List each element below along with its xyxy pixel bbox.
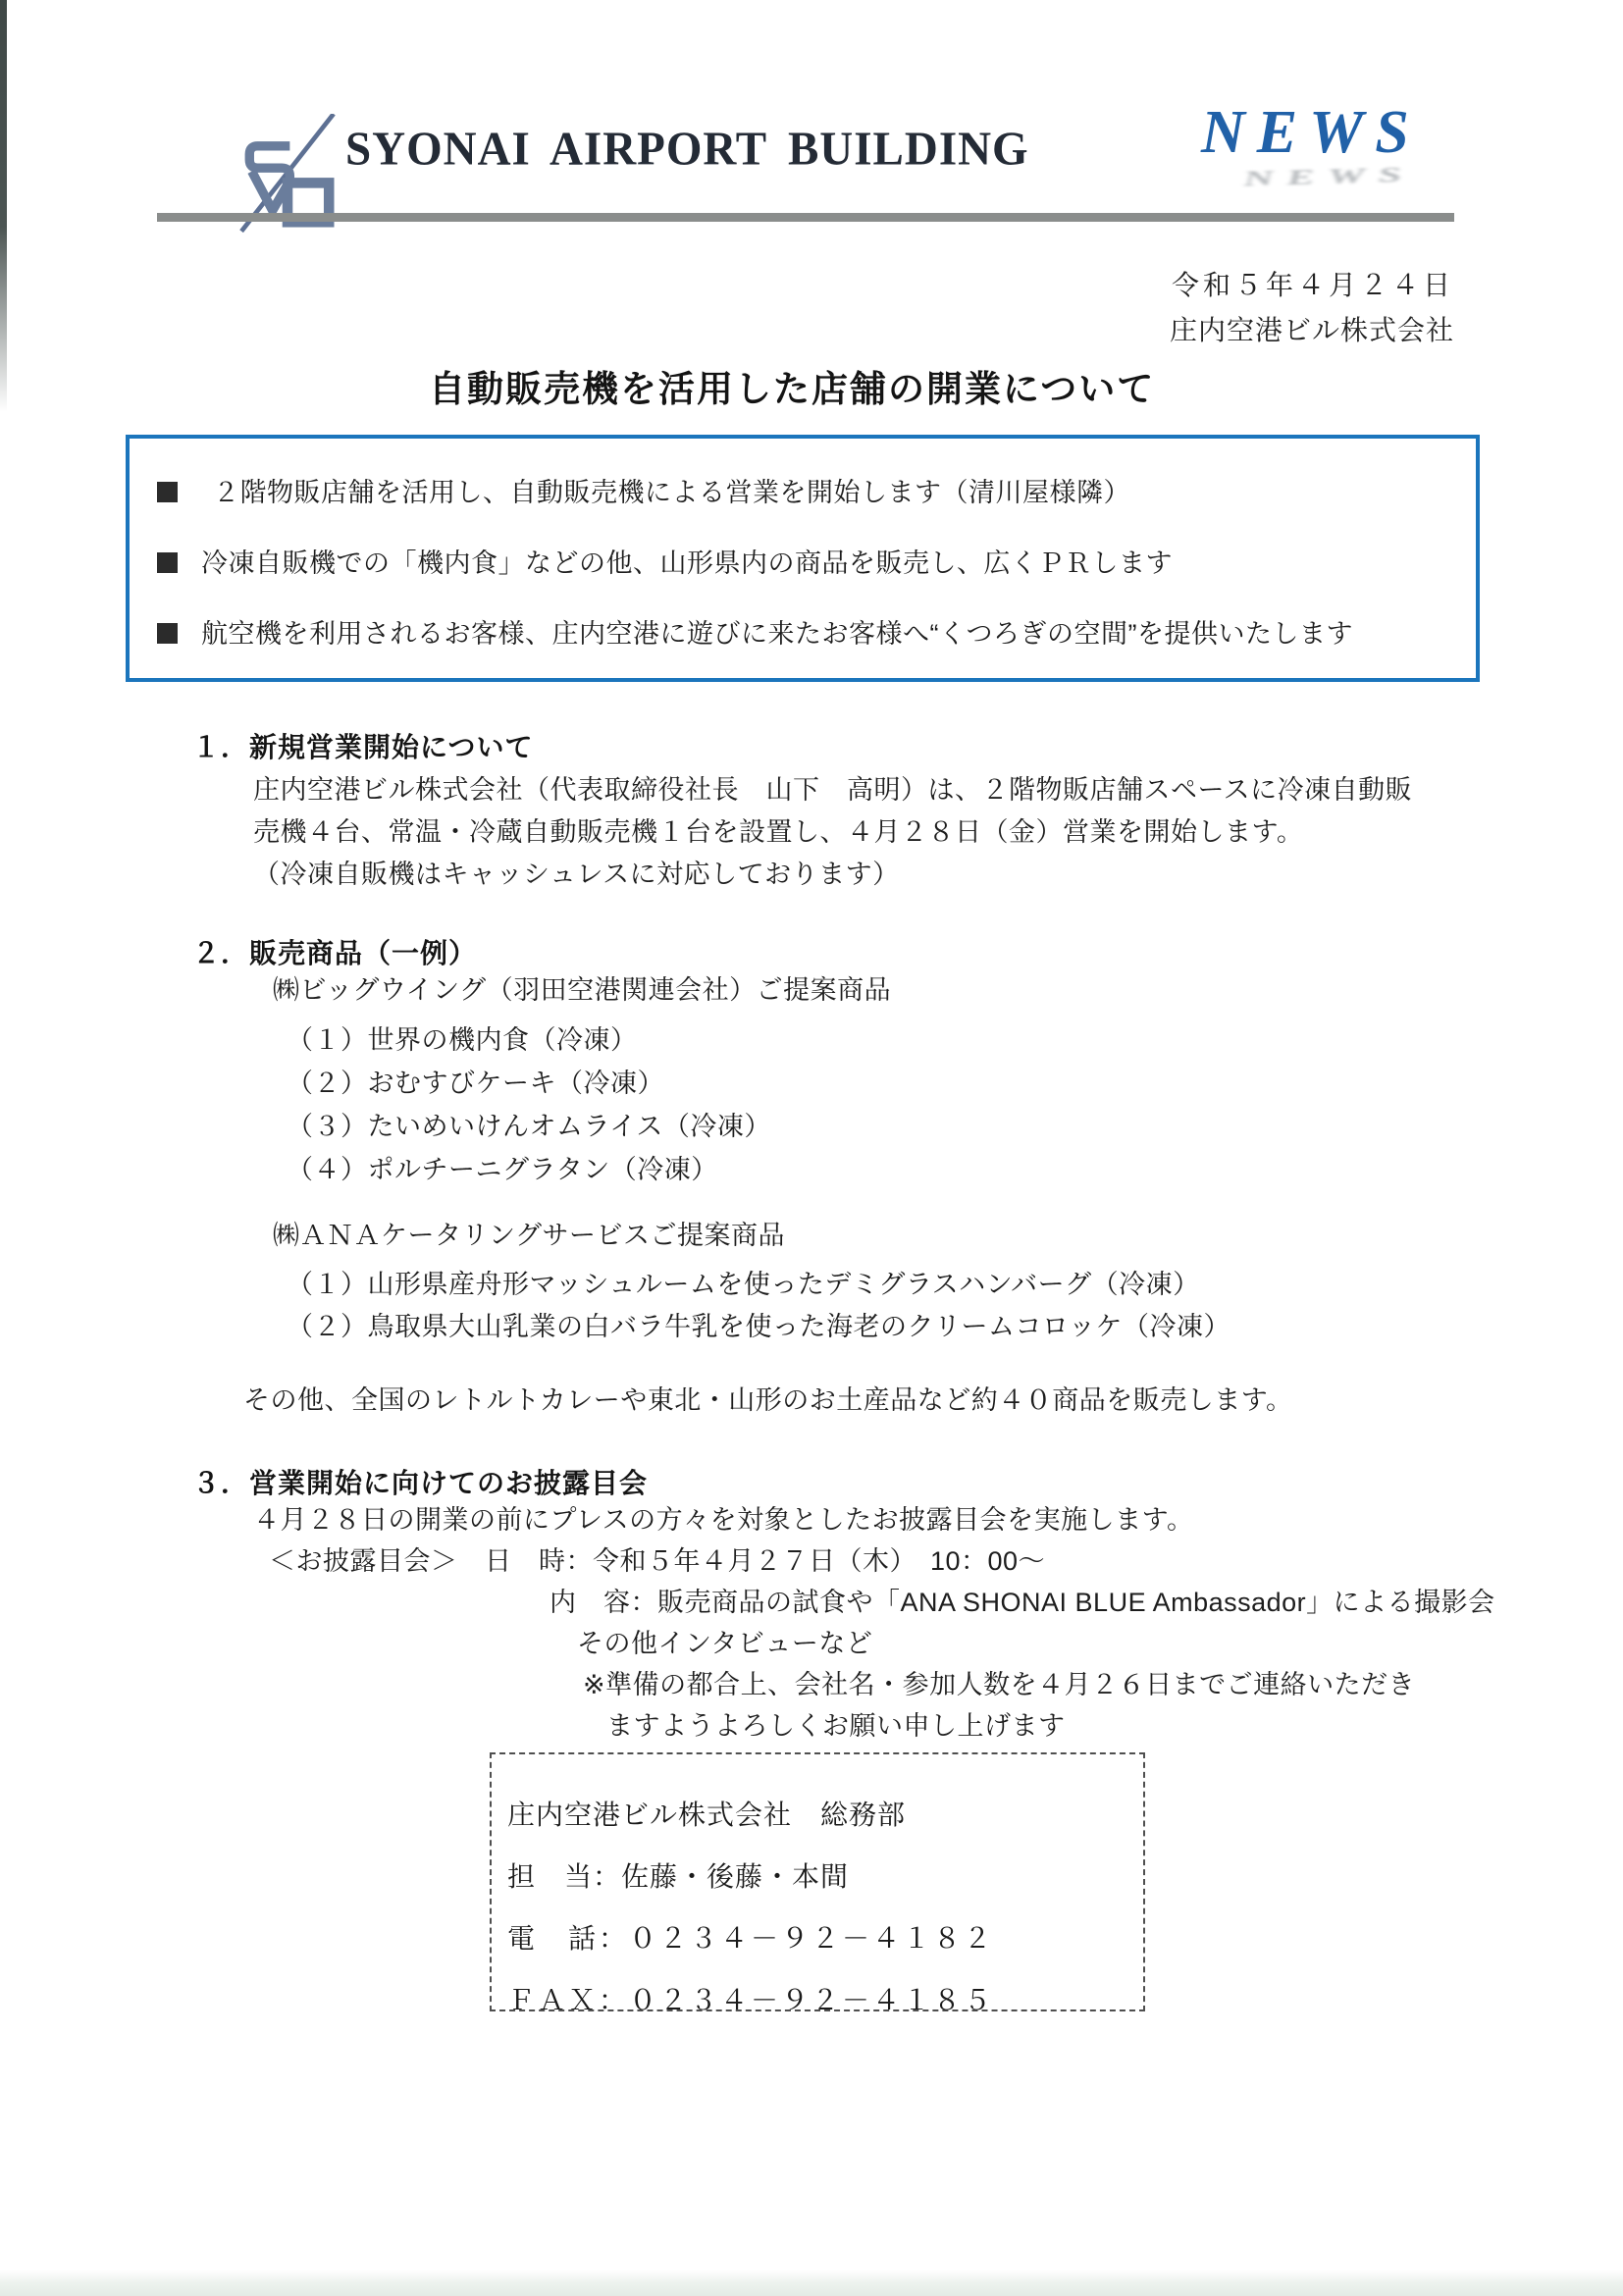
section3-line: ますようよろしくお願い申し上げます (606, 1709, 1066, 1743)
square-bullet-icon (157, 482, 178, 502)
contact-info-box: 庄内空港ビル株式会社 総務部 担 当：佐藤・後藤・本間 電 話：０２３４－９２－… (490, 1752, 1145, 2011)
scan-edge-artifact-bottom (0, 2270, 1623, 2296)
highlight-text: ２階物販店舗を活用し、自動販売機による営業を開始します（清川屋様隣） (213, 476, 1130, 509)
section3-line: 内 容：販売商品の試食や「ANA SHONAI BLUE Ambassador」… (550, 1586, 1495, 1619)
date-block: 令和５年４月２４日 庄内空港ビル株式会社 (1170, 263, 1454, 353)
section1-line: 売機４台、常温・冷蔵自動販売機１台を設置し、４月２８日（金）営業を開始します。 (253, 811, 1412, 854)
section2-group2-items: （１）山形県産舟形マッシュルームを使ったデミグラスハンバーグ（冷凍） （２）鳥取… (287, 1264, 1230, 1348)
product-item: （２）鳥取県大山乳業の白バラ牛乳を使った海老のクリームコロッケ（冷凍） (287, 1306, 1230, 1348)
section1-body: 庄内空港ビル株式会社（代表取締役社長 山下 高明）は、２階物販店舗スペースに冷凍… (253, 769, 1412, 896)
section3-line: ４月２８日の開業の前にプレスの方々を対象としたお披露目会を実施します。 (253, 1503, 1193, 1537)
section2-heading: ２．販売商品（一例） (192, 932, 477, 971)
section2-group1-items: （１）世界の機内食（冷凍） （２）おむすびケーキ（冷凍） （３）たいめいけんオム… (287, 1018, 771, 1191)
section2-note: その他、全国のレトルトカレーや東北・山形のお土産品など約４０商品を販売します。 (243, 1383, 1293, 1417)
highlight-item: 航空機を利用されるお客様、庄内空港に遊びに来たお客様へ“くつろぎの空間”を提供い… (157, 617, 1476, 688)
section1-line: （冷凍自販機はキャッシュレスに対応しております） (253, 854, 1412, 896)
highlight-summary-box: ２階物販店舗を活用し、自動販売機による営業を開始します（清川屋様隣） 冷凍自販機… (126, 435, 1480, 682)
brand-wordmark: SYONAI AIRPORT BUILDING (345, 126, 1029, 174)
product-item: （１）世界の機内食（冷凍） (287, 1018, 771, 1062)
product-item: （２）おむすびケーキ（冷凍） (287, 1062, 771, 1105)
press-release-page: SYONAI AIRPORT BUILDING NEWS NEWS 令和５年４月… (0, 0, 1623, 2296)
section2-group2-title: ㈱ＡＮＡケータリングサービスご提案商品 (273, 1219, 785, 1252)
highlight-text: 冷凍自販機での「機内食」などの他、山形県内の商品を販売し、広くＰＲします (201, 547, 1173, 580)
section3-line: ＜お披露目会＞ 日 時：令和５年４月２７日（木） 10：00～ (269, 1544, 1045, 1578)
header-divider-rule (157, 213, 1454, 222)
square-bullet-icon (157, 623, 178, 644)
section3-heading: ３．営業開始に向けてのお披露目会 (192, 1462, 648, 1501)
section3-line: その他インタビューなど (577, 1627, 872, 1660)
issuing-company: 庄内空港ビル株式会社 (1170, 308, 1454, 353)
highlight-text: 航空機を利用されるお客様、庄内空港に遊びに来たお客様へ“くつろぎの空間”を提供い… (201, 617, 1353, 651)
contact-fax: ＦＡＸ：０２３４－９２－４１８５ (507, 1969, 1143, 2031)
square-bullet-icon (157, 552, 178, 573)
contact-organization: 庄内空港ビル株式会社 総務部 (507, 1784, 1143, 1846)
highlight-item: ２階物販店舗を活用し、自動販売機による営業を開始します（清川屋様隣） (157, 476, 1476, 547)
section3-line: ※準備の都合上、会社名・参加人数を４月２６日までご連絡いただき (583, 1668, 1415, 1701)
contact-phone: 電 話：０２３４－９２－４１８２ (507, 1907, 1143, 1969)
scan-edge-artifact-left (0, 0, 7, 412)
section1-heading: １．新規営業開始について (192, 726, 533, 765)
product-item: （１）山形県産舟形マッシュルームを使ったデミグラスハンバーグ（冷凍） (287, 1264, 1230, 1306)
issue-date: 令和５年４月２４日 (1170, 263, 1454, 308)
section2-group1-title: ㈱ビッグウイング（羽田空港関連会社）ご提案商品 (273, 973, 891, 1007)
section1-line: 庄内空港ビル株式会社（代表取締役社長 山下 高明）は、２階物販店舗スペースに冷凍… (253, 769, 1412, 811)
contact-staff: 担 当：佐藤・後藤・本間 (507, 1846, 1143, 1907)
highlight-item: 冷凍自販機での「機内食」などの他、山形県内の商品を販売し、広くＰＲします (157, 547, 1476, 617)
news-wordmark: NEWS (1201, 102, 1421, 163)
product-item: （４）ポルチーニグラタン（冷凍） (287, 1148, 771, 1191)
document-title: 自動販売機を活用した店舗の開業について (429, 359, 1155, 412)
news-wordmark-shadow: NEWS (1242, 164, 1415, 189)
product-item: （３）たいめいけんオムライス（冷凍） (287, 1105, 771, 1148)
